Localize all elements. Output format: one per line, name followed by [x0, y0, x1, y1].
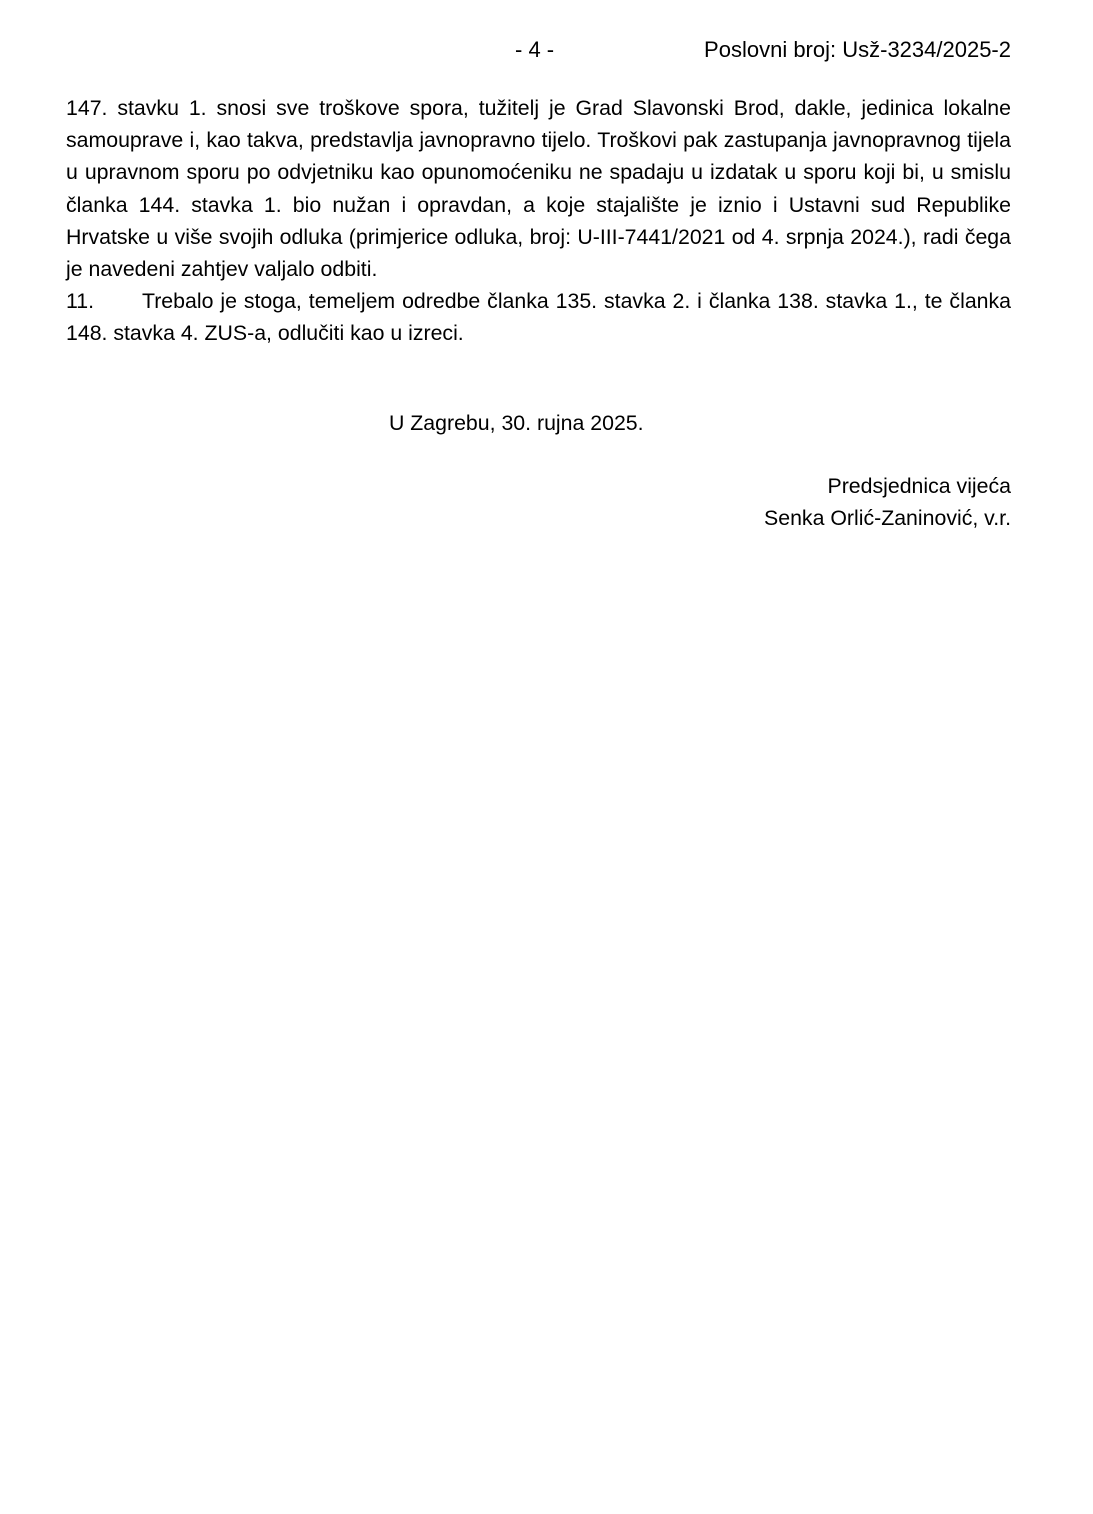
- page-number: - 4 -: [515, 36, 554, 64]
- paragraph-number: 11.: [66, 285, 142, 317]
- signatory-name: Senka Orlić-Zaninović, v.r.: [764, 502, 1011, 534]
- signatory-title: Predsjednica vijeća: [764, 470, 1011, 502]
- paragraph-11: 11.Trebalo je stoga, temeljem odredbe čl…: [66, 285, 1011, 349]
- paragraph-continuation: 147. stavku 1. snosi sve troškove spora,…: [66, 92, 1011, 285]
- document-body: 147. stavku 1. snosi sve troškove spora,…: [66, 92, 1011, 350]
- signature-block: Predsjednica vijeća Senka Orlić-Zaninovi…: [764, 470, 1011, 534]
- paragraph-text: Trebalo je stoga, temeljem odredbe člank…: [66, 289, 1011, 345]
- case-number: Poslovni broj: Usž-3234/2025-2: [704, 36, 1011, 64]
- place-and-date: U Zagrebu, 30. rujna 2025.: [389, 408, 644, 438]
